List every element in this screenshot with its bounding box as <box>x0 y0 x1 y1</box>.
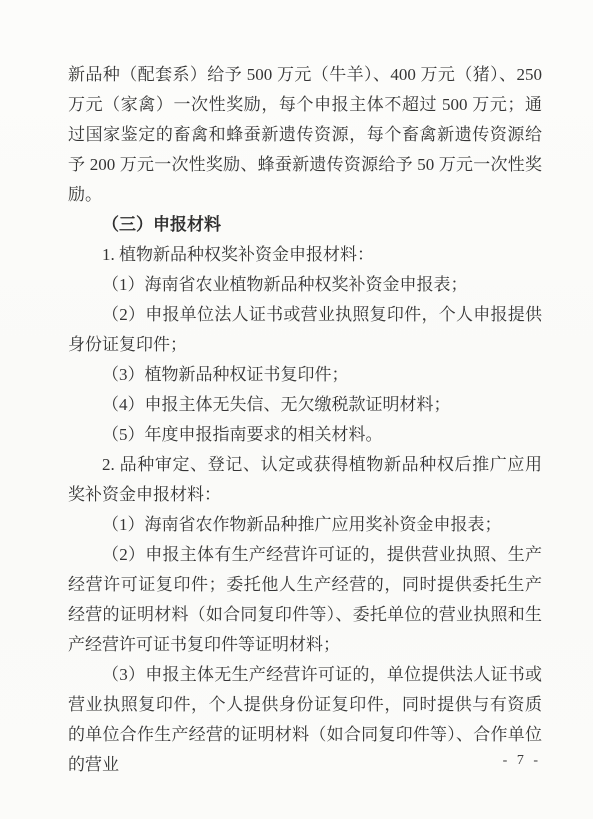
paragraph: （4）申报主体无失信、无欠缴税款证明材料； <box>68 390 542 420</box>
paragraph: （3）申报主体无生产经营许可证的，单位提供法人证书或营业执照复印件，个人提供身份… <box>68 660 542 780</box>
page-number: - 7 - <box>503 753 541 769</box>
paragraph: （1）海南省农作物新品种推广应用奖补资金申报表； <box>68 510 542 540</box>
document-body: 新品种（配套系）给予 500 万元（牛羊）、400 万元（猪）、250 万元（家… <box>68 60 542 780</box>
paragraph: 1. 植物新品种权奖补资金申报材料： <box>68 240 542 270</box>
paragraph: （2）申报主体有生产经营许可证的，提供营业执照、生产经营许可证复印件；委托他人生… <box>68 540 542 660</box>
document-page: 新品种（配套系）给予 500 万元（牛羊）、400 万元（猪）、250 万元（家… <box>0 0 593 819</box>
paragraph: 2. 品种审定、登记、认定或获得植物新品种权后推广应用奖补资金申报材料： <box>68 450 542 510</box>
paragraph: （5）年度申报指南要求的相关材料。 <box>68 420 542 450</box>
section-heading: （三）申报材料 <box>68 210 542 240</box>
paragraph: （1）海南省农业植物新品种权奖补资金申报表； <box>68 270 542 300</box>
paragraph: （3）植物新品种权证书复印件； <box>68 360 542 390</box>
paragraph: （2）申报单位法人证书或营业执照复印件，个人申报提供身份证复印件； <box>68 300 542 360</box>
paragraph: 新品种（配套系）给予 500 万元（牛羊）、400 万元（猪）、250 万元（家… <box>68 60 542 210</box>
